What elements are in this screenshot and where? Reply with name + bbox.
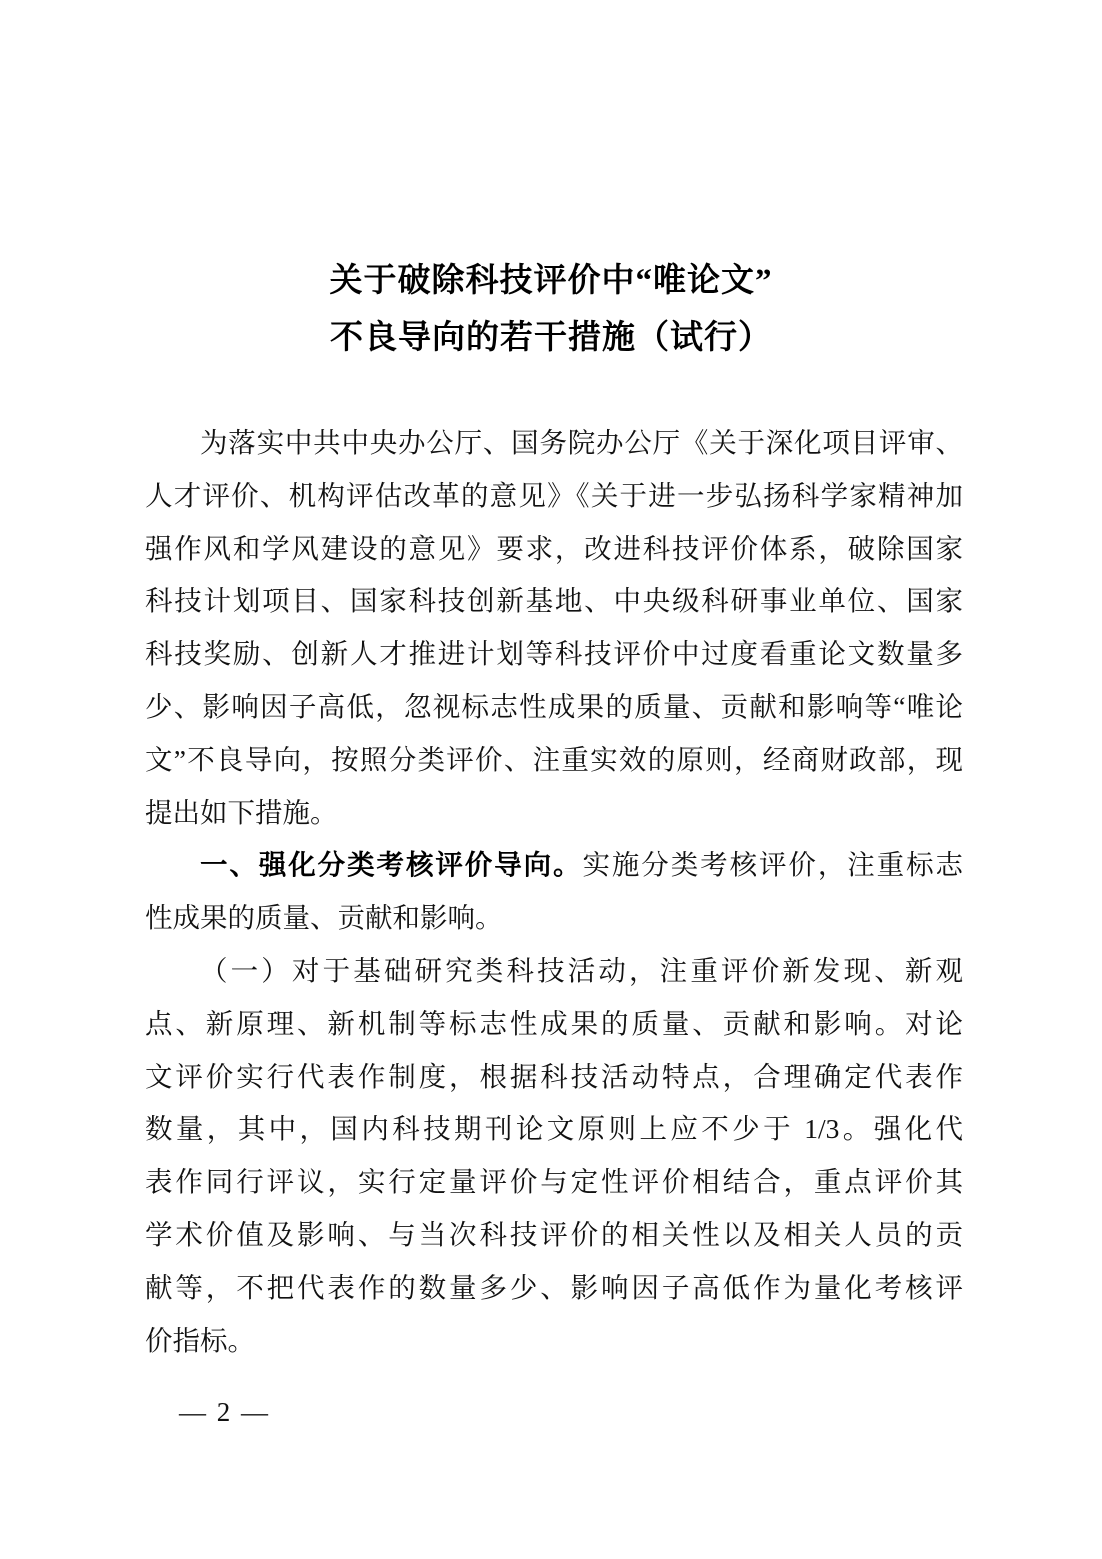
text-line: 表作同行评议，实行定量评价与定性评价相结合，重点评价其 — [145, 1156, 963, 1209]
title-line-1: 关于破除科技评价中“唯论文” — [0, 253, 1102, 310]
text-line: 强作风和学风建设的意见》要求，改进科技评价体系，破除国家 — [145, 523, 963, 576]
document-page: 关于破除科技评价中“唯论文” 不良导向的若干措施（试行） 为落实中共中央办公厅、… — [0, 0, 1102, 1559]
text-line: 价指标。 — [145, 1315, 963, 1368]
title-line-2: 不良导向的若干措施（试行） — [0, 310, 1102, 367]
text-line: 提出如下措施。 — [145, 787, 963, 840]
text-line: 文”不良导向，按照分类评价、注重实效的原则，经商财政部，现 — [145, 734, 963, 787]
text-line: 人才评价、机构评估改革的意见》《关于进一步弘扬科学家精神加 — [145, 470, 963, 523]
text-line: （一）对于基础研究类科技活动，注重评价新发现、新观 — [145, 945, 963, 998]
text-line: 文评价实行代表作制度，根据科技活动特点，合理确定代表作 — [145, 1051, 963, 1104]
section-heading-line: 一、强化分类考核评价导向。实施分类考核评价，注重标志 — [145, 839, 963, 892]
text-line: 性成果的质量、贡献和影响。 — [145, 892, 963, 945]
text-line: 点、新原理、新机制等标志性成果的质量、贡献和影响。对论 — [145, 998, 963, 1051]
page-number: — 2 — — [179, 1396, 270, 1428]
text-line: 科技计划项目、国家科技创新基地、中央级科研事业单位、国家 — [145, 575, 963, 628]
text-line: 数量，其中，国内科技期刊论文原则上应不少于 1/3。强化代 — [145, 1103, 963, 1156]
document-body: 为落实中共中央办公厅、国务院办公厅《关于深化项目评审、 人才评价、机构评估改革的… — [145, 417, 963, 1367]
text-line: 少、影响因子高低，忽视标志性成果的质量、贡献和影响等“唯论 — [145, 681, 963, 734]
section-heading-rest: 实施分类考核评价，注重标志 — [582, 849, 963, 880]
text-line: 为落实中共中央办公厅、国务院办公厅《关于深化项目评审、 — [145, 417, 963, 470]
text-line: 科技奖励、创新人才推进计划等科技评价中过度看重论文数量多 — [145, 628, 963, 681]
text-line: 学术价值及影响、与当次科技评价的相关性以及相关人员的贡 — [145, 1209, 963, 1262]
document-title: 关于破除科技评价中“唯论文” 不良导向的若干措施（试行） — [0, 253, 1102, 367]
text-line: 献等，不把代表作的数量多少、影响因子高低作为量化考核评 — [145, 1262, 963, 1315]
section-heading-bold: 一、强化分类考核评价导向。 — [200, 849, 582, 880]
